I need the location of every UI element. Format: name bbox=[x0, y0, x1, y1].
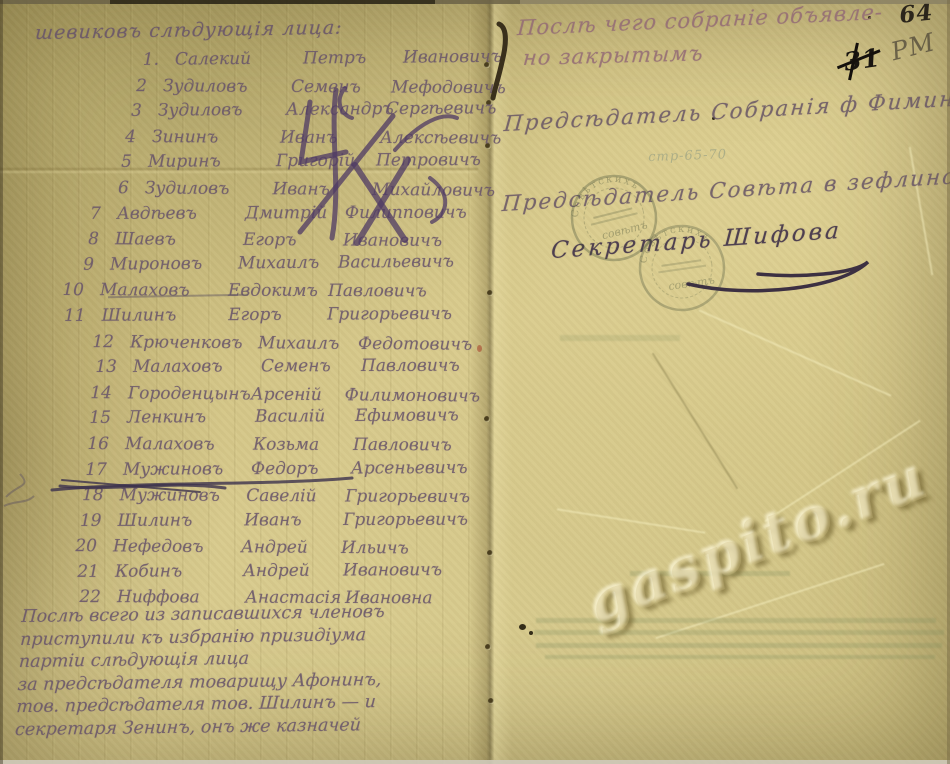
member-number: 21 bbox=[65, 562, 99, 588]
member-surname: Городенцынъ bbox=[128, 383, 251, 410]
crease-line bbox=[557, 508, 705, 533]
svg-text:Совѣтскихъ: Совѣтскихъ bbox=[634, 219, 716, 266]
member-surname: Мужиновъ bbox=[120, 485, 247, 511]
member-list: 1. Салекий Петръ Ивановичъ 2 Зудиловъ Се… bbox=[75, 50, 475, 613]
bleedthrough-line bbox=[630, 571, 790, 576]
member-row: 11 Шилинъ Егоръ Григорьевичъ bbox=[52, 304, 452, 332]
member-surname: Ленкинъ bbox=[127, 407, 255, 433]
member-firstname: Александръ bbox=[286, 99, 386, 125]
member-row: 18 Мужиновъ Савелій Григорьевичъ bbox=[70, 485, 470, 513]
member-number: 13 bbox=[83, 357, 117, 383]
archivist-initials: РМ bbox=[888, 27, 938, 66]
member-patronymic: Григорьевичъ bbox=[327, 304, 452, 330]
member-firstname: Семенъ bbox=[261, 356, 361, 382]
pencil-page-note: стр-65-70 bbox=[648, 147, 727, 165]
member-number: 15 bbox=[77, 408, 111, 434]
member-firstname: Василій bbox=[255, 406, 355, 432]
scan-edge-bottom bbox=[0, 760, 950, 764]
member-surname: Шилинъ bbox=[102, 305, 229, 331]
member-surname: Малаховъ bbox=[133, 357, 261, 383]
member-number: 3 bbox=[108, 101, 142, 127]
member-number: 1. bbox=[125, 50, 159, 76]
member-row: 15 Ленкинъ Василій Ефимовичъ bbox=[77, 406, 477, 434]
member-firstname: Егоръ bbox=[228, 304, 327, 330]
member-surname: Кобинъ bbox=[115, 561, 243, 587]
member-surname: Зудиловъ bbox=[158, 100, 286, 126]
member-firstname: Петръ bbox=[303, 48, 403, 74]
watermark-text: gaspito.ru bbox=[578, 422, 950, 639]
member-row: 13 Малаховъ Семенъ Павловичъ bbox=[83, 356, 483, 383]
member-row: 16 Малаховъ Козьма Павловичъ bbox=[75, 434, 475, 461]
crease-line bbox=[764, 420, 920, 522]
stitch-hole bbox=[487, 550, 493, 556]
member-row: 19 Шилинъ Иванъ Григорьевичъ bbox=[68, 509, 468, 536]
member-number: 7 bbox=[67, 203, 101, 229]
stitch-hole bbox=[485, 644, 491, 650]
member-patronymic: Арсеньевичъ bbox=[351, 457, 473, 483]
member-number: 12 bbox=[80, 332, 114, 358]
member-number: 11 bbox=[52, 306, 86, 332]
scanned-document: шевиковъ слѣдующія лица: 1. Салекий Петр… bbox=[0, 0, 950, 764]
member-surname: Шаевъ bbox=[115, 229, 243, 255]
member-number: 20 bbox=[63, 536, 97, 562]
member-number: 18 bbox=[70, 485, 104, 511]
scan-edge-top bbox=[0, 0, 950, 4]
member-firstname: Дмитрій bbox=[245, 203, 345, 229]
member-surname: Крюченковъ bbox=[130, 332, 258, 358]
bleedthrough-line bbox=[534, 630, 944, 635]
member-firstname: Иванъ bbox=[280, 127, 380, 153]
bleedthrough-line bbox=[560, 335, 680, 341]
member-number: 9 bbox=[60, 254, 94, 280]
svg-text:Совѣтскихъ: Совѣтскихъ bbox=[562, 167, 646, 221]
member-patronymic: Павловичъ bbox=[353, 435, 475, 461]
member-number: 10 bbox=[50, 280, 84, 306]
member-patronymic: Ефимовичъ bbox=[355, 406, 477, 432]
member-number: 6 bbox=[95, 178, 129, 204]
member-patronymic: Филипповичъ bbox=[345, 202, 467, 228]
member-firstname: Иванъ bbox=[272, 179, 372, 205]
member-surname: Авдѣевъ bbox=[117, 203, 245, 229]
member-number: 16 bbox=[75, 434, 109, 460]
member-surname: Зининъ bbox=[152, 127, 280, 153]
member-patronymic: Васильевичъ bbox=[338, 251, 460, 278]
member-row: 1. Салекий Петръ Ивановичъ bbox=[125, 47, 525, 76]
member-number: 17 bbox=[73, 459, 107, 485]
member-surname: Малаховъ bbox=[125, 434, 253, 460]
member-surname: Мироновъ bbox=[110, 253, 238, 280]
chairman-of-meeting-signature: Предсѣдатель Собранія ф Фиминъ bbox=[503, 86, 950, 137]
stitch-hole bbox=[487, 290, 493, 296]
member-surname: Салекий bbox=[175, 48, 303, 75]
member-surname: Зудиловъ bbox=[163, 76, 291, 102]
stamp-outer-text: Совѣтскихъ bbox=[634, 219, 716, 266]
member-number: 2 bbox=[113, 76, 147, 102]
member-firstname: Григорій bbox=[276, 151, 376, 177]
member-patronymic: Ивановичъ bbox=[403, 47, 525, 74]
member-number: 4 bbox=[102, 127, 136, 153]
round-ink-stamp: Совѣтскихъ совѣтъ bbox=[630, 216, 734, 320]
member-surname: Мужиновъ bbox=[123, 459, 251, 485]
closing-statement-line2: но закрытымъ bbox=[522, 41, 704, 70]
member-surname: Зудиловъ bbox=[145, 178, 273, 204]
member-row: 5 Миринъ Григорій Петровичъ bbox=[98, 150, 498, 178]
member-row: 17 Мужиновъ Федоръ Арсеньевичъ bbox=[73, 457, 473, 485]
stitch-hole bbox=[488, 698, 494, 704]
member-firstname: Михаилъ bbox=[238, 252, 338, 278]
member-firstname: Иванъ bbox=[244, 510, 343, 536]
member-firstname: Андрей bbox=[243, 560, 343, 586]
stitch-hole bbox=[484, 416, 490, 422]
member-number: 5 bbox=[98, 152, 132, 178]
page-number: 64 bbox=[898, 0, 935, 29]
ink-speck bbox=[519, 624, 526, 630]
closing-statement-line1: Послѣ чего собраніе объявле- bbox=[517, 0, 884, 40]
member-patronymic: Петровичъ bbox=[376, 150, 498, 176]
left-page-header: шевиковъ слѣдующія лица: bbox=[34, 17, 343, 44]
member-number: 8 bbox=[65, 229, 99, 255]
member-firstname: Федоръ bbox=[251, 458, 351, 484]
member-patronymic: Павловичъ bbox=[361, 356, 483, 382]
member-number: 14 bbox=[80, 383, 112, 409]
member-surname: Нефедовъ bbox=[113, 537, 241, 563]
member-row: 7 Авдѣевъ Дмитрій Филипповичъ bbox=[67, 202, 467, 229]
stamp-inner-text: совѣтъ bbox=[668, 274, 716, 293]
margin-pencil-mark bbox=[4, 474, 34, 506]
scan-edge-left bbox=[0, 0, 3, 764]
member-patronymic: Сергѣевичъ bbox=[386, 98, 508, 124]
member-number: 19 bbox=[68, 511, 102, 537]
ink-speck bbox=[529, 631, 533, 635]
bleedthrough-line bbox=[545, 655, 935, 659]
crease-line bbox=[652, 353, 738, 490]
crease-line bbox=[699, 309, 892, 396]
member-surname: Шилинъ bbox=[118, 510, 245, 536]
crossed-out-number: 31 bbox=[842, 43, 882, 77]
member-patronymic: Григорьевичъ bbox=[343, 509, 468, 535]
left-page-footer-paragraph: Послѣ всего из записавшихся членовъ прис… bbox=[14, 600, 482, 742]
member-patronymic: Ивановичъ bbox=[343, 560, 465, 586]
member-firstname: Савелій bbox=[246, 486, 345, 512]
bleedthrough-line bbox=[536, 643, 942, 648]
member-row: 21 Кобинъ Андрей Ивановичъ bbox=[65, 560, 465, 588]
stamp-outer-text: Совѣтскихъ bbox=[562, 167, 646, 221]
member-row: 9 Мироновъ Михаилъ Васильевичъ bbox=[60, 251, 460, 280]
member-surname: Миринъ bbox=[148, 151, 276, 177]
member-row: 3 Зудиловъ Александръ Сергѣевичъ bbox=[108, 98, 508, 126]
bleedthrough-line bbox=[536, 618, 936, 623]
member-firstname: Козьма bbox=[253, 435, 353, 461]
